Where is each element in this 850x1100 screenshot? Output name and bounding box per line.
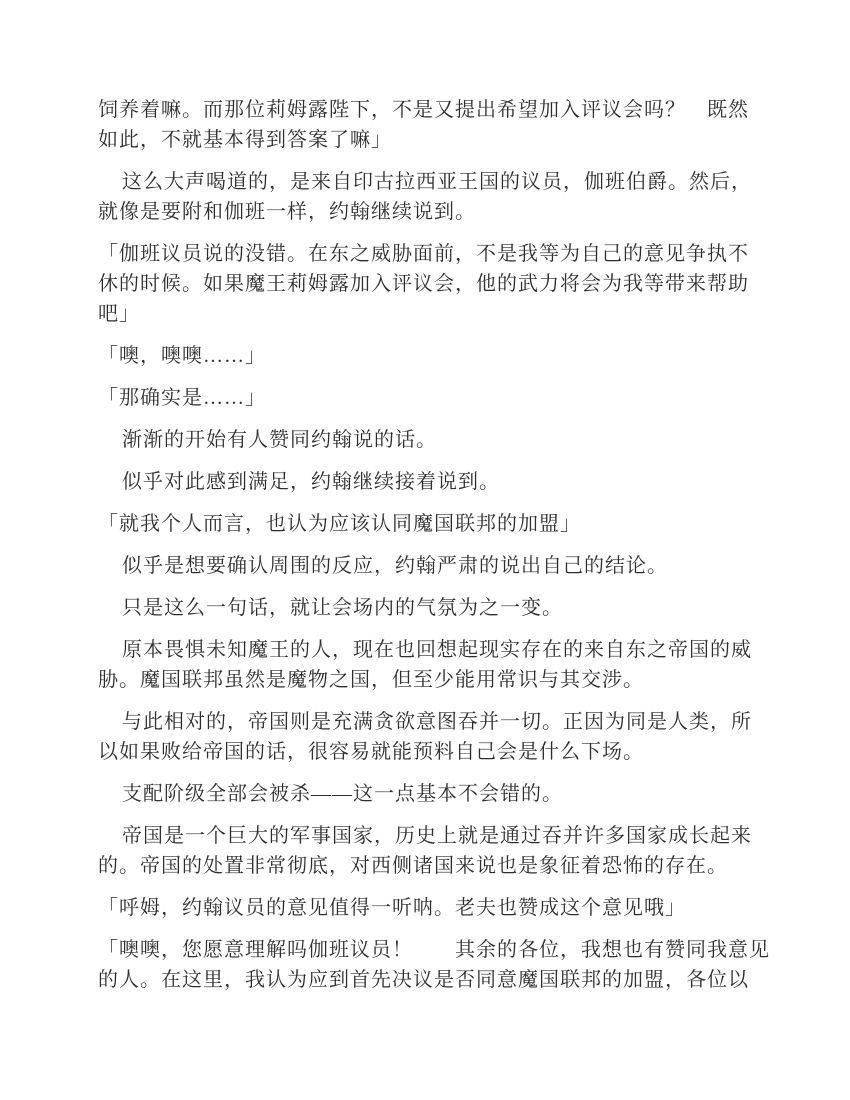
paragraph-dialogue: 「伽班议员说的没错。在东之威胁面前，不是我等为自己的意见争执不 休的时候。如果魔…	[98, 239, 774, 329]
paragraph-dialogue-continuation: 饲养着嘛。而那位莉姆露陛下，不是又提出希望加入评议会吗？ 既然 如此，不就基本得…	[98, 95, 774, 155]
paragraph-narration: 似乎是想要确认周围的反应，约翰严肃的说出自己的结论。	[98, 551, 774, 581]
paragraph-dialogue: 「呼姆，约翰议员的意见值得一听呐。老夫也赞成这个意见哦」	[98, 893, 774, 923]
paragraph-dialogue: 「噢，噢噢……」	[98, 341, 774, 371]
paragraph-dialogue: 「那确实是……」	[98, 383, 774, 413]
paragraph-narration: 似乎对此感到满足，约翰继续接着说到。	[98, 467, 774, 497]
novel-page: 饲养着嘛。而那位莉姆露陛下，不是又提出希望加入评议会吗？ 既然 如此，不就基本得…	[0, 0, 850, 995]
paragraph-narration: 帝国是一个巨大的军事国家，历史上就是通过吞并许多国家成长起来 的。帝国的处置非常…	[98, 821, 774, 881]
paragraph-narration: 渐渐的开始有人赞同约翰说的话。	[98, 425, 774, 455]
paragraph-narration: 支配阶级全部会被杀——这一点基本不会错的。	[98, 779, 774, 809]
paragraph-narration: 原本畏惧未知魔王的人，现在也回想起现实存在的来自东之帝国的威 胁。魔国联邦虽然是…	[98, 635, 774, 695]
paragraph-dialogue: 「就我个人而言，也认为应该认同魔国联邦的加盟」	[98, 509, 774, 539]
paragraph-dialogue: 「噢噢，您愿意理解吗伽班议员！ 其余的各位，我想也有赞同我意见 的人。在这里，我…	[98, 935, 774, 995]
paragraph-narration: 与此相对的，帝国则是充满贪欲意图吞并一切。正因为同是人类，所 以如果败给帝国的话…	[98, 707, 774, 767]
paragraph-narration: 只是这么一句话，就让会场内的气氛为之一变。	[98, 593, 774, 623]
paragraph-narration: 这么大声喝道的，是来自印古拉西亚王国的议员，伽班伯爵。然后， 就像是要附和伽班一…	[98, 167, 774, 227]
